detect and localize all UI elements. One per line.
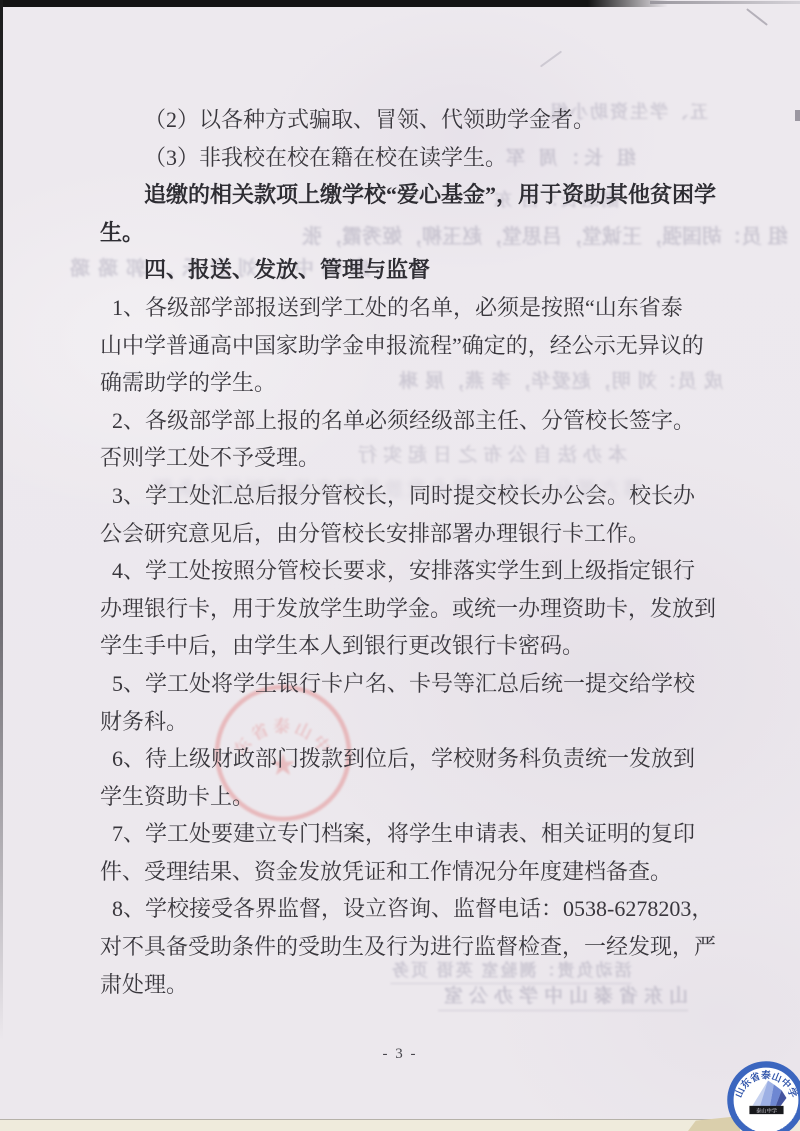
text-line: 财务科。 bbox=[100, 703, 720, 741]
scan-edge-notch bbox=[795, 110, 800, 121]
text-line: 追缴的相关款项上缴学校“爱心基金”，用于资助其他贫困学 bbox=[100, 176, 720, 214]
scan-top-edge-line bbox=[650, 1, 800, 4]
text-line: 确需助学的学生。 bbox=[100, 364, 720, 402]
text-line: 8、学校接受各界监督，设立咨询、监督电话：0538-6278203， bbox=[100, 890, 720, 928]
text-line: 学生手中后，由学生本人到银行更改银行卡密码。 bbox=[100, 627, 720, 665]
paper-crease-mark bbox=[746, 8, 768, 26]
text-line: 山中学普通高中国家助学金申报流程”确定的，经公示无异议的 bbox=[100, 327, 720, 365]
text-line: 生。 bbox=[100, 214, 720, 252]
text-line: （3）非我校在校在籍在校在读学生。 bbox=[100, 139, 720, 177]
document-body-text: （2）以各种方式骗取、冒领、代领助学金者。（3）非我校在校在籍在校在读学生。追缴… bbox=[100, 101, 720, 1003]
text-line: 对不具备受助条件的受助生及行为进行监督检查，一经发现，严 bbox=[100, 928, 720, 966]
text-line: 1、各级部学部报送到学工处的名单，必须是按照“山东省泰 bbox=[100, 289, 720, 327]
scan-bottom-edge-strip bbox=[0, 1119, 800, 1131]
text-line: 7、学工处要建立专门档案，将学生申请表、相关证明的复印 bbox=[100, 815, 720, 853]
text-line: 肃处理。 bbox=[100, 966, 720, 1004]
text-line: 件、受理结果、资金发放凭证和工作情况分年度建档备查。 bbox=[100, 853, 720, 891]
text-line: 公会研究意见后，由分管校长安排部署办理银行卡工作。 bbox=[100, 515, 720, 553]
badge-base-label: 泰山中学 bbox=[756, 1106, 778, 1114]
scan-left-edge-artifact bbox=[0, 0, 3, 1131]
text-line: 2、各级部学部上报的名单必须经级部主任、分管校长签字。 bbox=[100, 402, 720, 440]
text-line: 四、报送、发放、管理与监督 bbox=[100, 251, 720, 289]
school-badge-logo: 山东省泰山中学 TAI SHAN MIDDLE SCHOOL SHANDONG … bbox=[727, 1061, 800, 1131]
paper-crease-mark bbox=[540, 51, 562, 68]
text-line: 6、待上级财政部门拨款到位后，学校财务科负责统一发放到 bbox=[100, 740, 720, 778]
text-line: 3、学工处汇总后报分管校长，同时提交校长办公会。校长办 bbox=[100, 477, 720, 515]
scan-top-edge-artifact bbox=[0, 0, 668, 7]
text-line: （2）以各种方式骗取、冒领、代领助学金者。 bbox=[100, 101, 720, 139]
text-line: 学生资助卡上。 bbox=[100, 778, 720, 816]
page-number: - 3 - bbox=[0, 1046, 800, 1063]
scanned-document-page: 五、学生资助小组组 长：周 军副组长：吕 东组 员：胡国强，王诚堂，吕思堂，赵玉… bbox=[0, 0, 800, 1131]
text-line: 5、学工处将学生银行卡户名、卡号等汇总后统一提交给学校 bbox=[100, 665, 720, 703]
text-line: 4、学工处按照分管校长要求，安排落实学生到上级指定银行 bbox=[100, 552, 720, 590]
text-line: 办理银行卡，用于发放学生助学金。或统一办理资助卡，发放到 bbox=[100, 590, 720, 628]
text-line: 否则学工处不予受理。 bbox=[100, 439, 720, 477]
